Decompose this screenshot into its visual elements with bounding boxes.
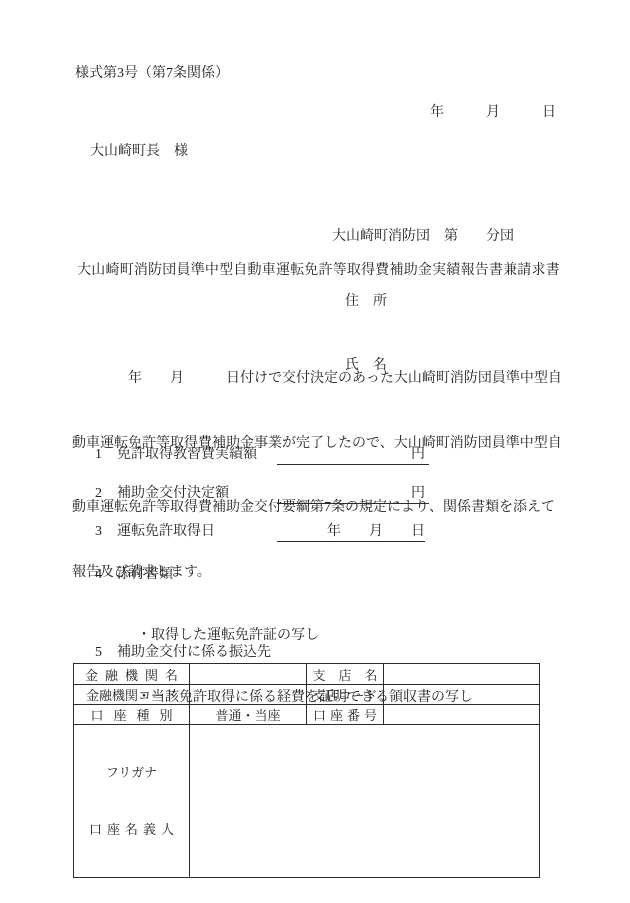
branch-name-cell — [384, 664, 540, 685]
addressee: 大山崎町長 様 — [90, 140, 188, 160]
financial-institution-name-label: 金融機関名 — [74, 664, 190, 685]
financial-institution-code-cell — [190, 685, 307, 705]
account-type-value: 普通・当座 — [190, 705, 307, 725]
sender-address-label: 住 所 — [345, 291, 514, 313]
account-type-label: 口座種別 — [74, 705, 190, 725]
table-row: 金融機関コード 支店コード — [74, 685, 540, 705]
branch-code-label: 支店コード — [307, 685, 384, 705]
item-2-amount-blank: 円 — [277, 485, 429, 504]
item-number: 1 — [95, 446, 117, 464]
item-1-amount-blank: 円 — [277, 446, 429, 465]
account-number-cell — [384, 705, 540, 725]
furigana-label: フリガナ — [78, 763, 185, 782]
account-holder-label: フリガナ 口座名義人 — [74, 725, 190, 878]
item-label: 運転免許取得日 — [117, 524, 215, 539]
item-label: 補助金交付に係る振込先 — [117, 645, 271, 660]
item-3-license-acquisition-date: 3運転免許取得日 年 月 日 — [95, 523, 215, 541]
body-line: 年 月 日付けで交付決定のあった大山崎町消防団員準中型自 — [72, 368, 572, 390]
item-1-license-training-cost: 1免許取得教習費実績額 円 — [95, 446, 257, 464]
financial-institution-code-label: 金融機関コード — [74, 685, 190, 705]
item-number: 3 — [95, 523, 117, 541]
table-row: フリガナ 口座名義人 — [74, 725, 540, 878]
account-number-label: 口座番号 — [307, 705, 384, 725]
item-number: 5 — [95, 644, 117, 662]
table-row: 口座種別 普通・当座 口座番号 — [74, 705, 540, 725]
item-3-date-blank: 年 月 日 — [277, 523, 425, 542]
document-title: 大山崎町消防団員準中型自動車運転免許等取得費補助金実績報告書兼請求書 — [72, 259, 565, 279]
item-4-attached-documents: 4添付書類 — [95, 566, 173, 584]
form-number: 様式第3号（第7条関係） — [75, 62, 229, 82]
item-5-transfer-destination: 5補助金交付に係る振込先 — [95, 644, 271, 662]
sender-organization: 大山崎町消防団 第 分団 — [332, 226, 514, 248]
branch-code-cell — [384, 685, 540, 705]
date-line: 年 月 日 — [430, 101, 556, 121]
item-number: 4 — [95, 566, 117, 584]
financial-institution-name-cell — [190, 664, 307, 685]
document-page: 様式第3号（第7条関係） 年 月 日 大山崎町長 様 大山崎町消防団 第 分団 … — [0, 0, 630, 903]
account-holder-name-label: 口座名義人 — [78, 820, 185, 839]
item-number: 2 — [95, 485, 117, 503]
item-label: 補助金交付決定額 — [117, 486, 229, 501]
item-label: 添付書類 — [117, 567, 173, 582]
item-2-subsidy-decision-amount: 2補助金交付決定額 円 — [95, 485, 229, 503]
table-row: 金融機関名 支店名 — [74, 664, 540, 685]
item-label: 免許取得教習費実績額 — [117, 447, 257, 462]
account-holder-cell — [190, 725, 540, 878]
branch-name-label: 支店名 — [307, 664, 384, 685]
bank-transfer-table: 金融機関名 支店名 金融機関コード 支店コード 口座種別 普通・当座 口座番号 … — [73, 663, 540, 878]
